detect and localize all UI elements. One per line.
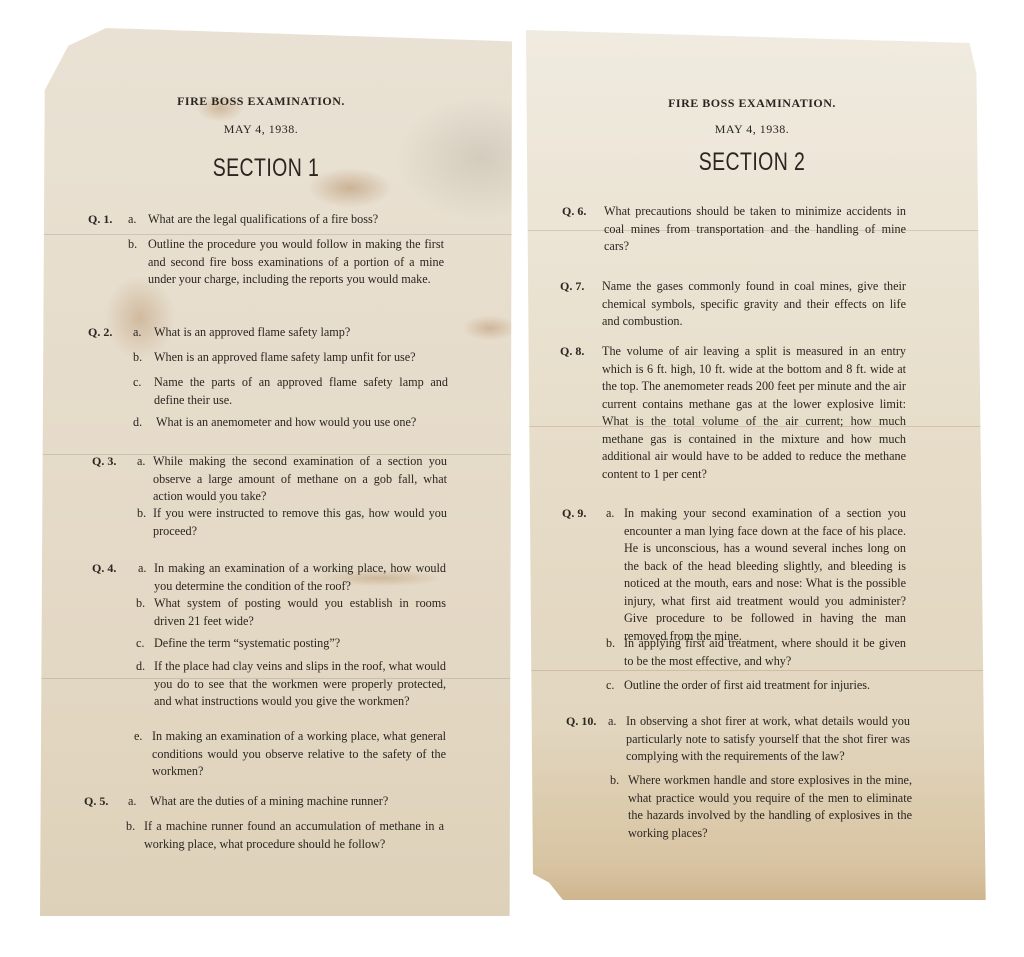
- section-title: SECTION 1: [74, 154, 458, 183]
- question-text: Outline the procedure you would follow i…: [148, 236, 444, 289]
- exam-sheet-section-1: FIRE BOSS EXAMINATION. MAY 4, 1938. SECT…: [40, 28, 512, 916]
- question-number: Q. 6.: [562, 203, 586, 221]
- part-letter: b.: [137, 505, 146, 523]
- exam-title: FIRE BOSS EXAMINATION.: [10, 94, 512, 109]
- question-text: If a machine runner found an accumulatio…: [144, 818, 444, 853]
- section-title: SECTION 2: [568, 148, 936, 177]
- part-letter: c.: [133, 374, 141, 392]
- question-text: While making the second examination of a…: [153, 453, 447, 506]
- question-text: In applying first aid treatment, where s…: [624, 635, 906, 670]
- question-text: When is an approved flame safety lamp un…: [154, 349, 454, 367]
- paper-fold-line: [40, 234, 512, 235]
- exam-date: MAY 4, 1938.: [516, 122, 988, 137]
- part-letter: a.: [606, 505, 614, 523]
- question-number: Q. 10.: [566, 713, 596, 731]
- question-number: Q. 9.: [562, 505, 586, 523]
- part-letter: c.: [606, 677, 614, 695]
- part-letter: b.: [136, 595, 145, 613]
- question-text: What are the duties of a mining machine …: [150, 793, 450, 811]
- part-letter: a.: [128, 793, 136, 811]
- part-letter: a.: [133, 324, 141, 342]
- question-text: In making an examination of a working pl…: [154, 560, 446, 595]
- exam-date: MAY 4, 1938.: [10, 122, 512, 137]
- question-number: Q. 2.: [88, 324, 112, 342]
- question-text: If you were instructed to remove this ga…: [153, 505, 447, 540]
- question-text: In making an examination of a working pl…: [152, 728, 446, 781]
- question-text: If the place had clay veins and slips in…: [154, 658, 446, 711]
- part-letter: b.: [128, 236, 137, 254]
- part-letter: b.: [133, 349, 142, 367]
- question-text: What system of posting would you establi…: [154, 595, 446, 630]
- question-text: Define the term “systematic posting”?: [154, 635, 446, 653]
- part-letter: e.: [134, 728, 142, 746]
- question-text: Name the parts of an approved flame safe…: [154, 374, 448, 409]
- part-letter: b.: [126, 818, 135, 836]
- question-text: In making your second examination of a s…: [624, 505, 906, 645]
- question-text: What precautions should be taken to mini…: [604, 203, 906, 256]
- question-text: Outline the order of first aid treatment…: [624, 677, 914, 695]
- exam-title: FIRE BOSS EXAMINATION.: [516, 96, 988, 111]
- question-number: Q. 5.: [84, 793, 108, 811]
- question-number: Q. 4.: [92, 560, 116, 578]
- question-number: Q. 3.: [92, 453, 116, 471]
- question-text: Where workmen handle and store explosive…: [628, 772, 912, 842]
- part-letter: d.: [136, 658, 145, 676]
- part-letter: b.: [610, 772, 619, 790]
- part-letter: a.: [137, 453, 145, 471]
- question-text: What are the legal qualifications of a f…: [148, 211, 468, 229]
- paper-fold-line: [526, 670, 988, 671]
- part-letter: c.: [136, 635, 144, 653]
- part-letter: d.: [133, 414, 142, 432]
- question-text: In observing a shot firer at work, what …: [626, 713, 910, 766]
- part-letter: a.: [608, 713, 616, 731]
- exam-sheet-section-2: FIRE BOSS EXAMINATION. MAY 4, 1938. SECT…: [526, 30, 988, 900]
- part-letter: b.: [606, 635, 615, 653]
- question-text: Name the gases commonly found in coal mi…: [602, 278, 906, 331]
- question-number: Q. 8.: [560, 343, 584, 361]
- question-number: Q. 7.: [560, 278, 584, 296]
- part-letter: a.: [138, 560, 146, 578]
- question-text: The volume of air leaving a split is mea…: [602, 343, 906, 483]
- part-letter: a.: [128, 211, 136, 229]
- question-text: What is an anemometer and how would you …: [156, 414, 456, 432]
- question-number: Q. 1.: [88, 211, 112, 229]
- question-text: What is an approved flame safety lamp?: [154, 324, 454, 342]
